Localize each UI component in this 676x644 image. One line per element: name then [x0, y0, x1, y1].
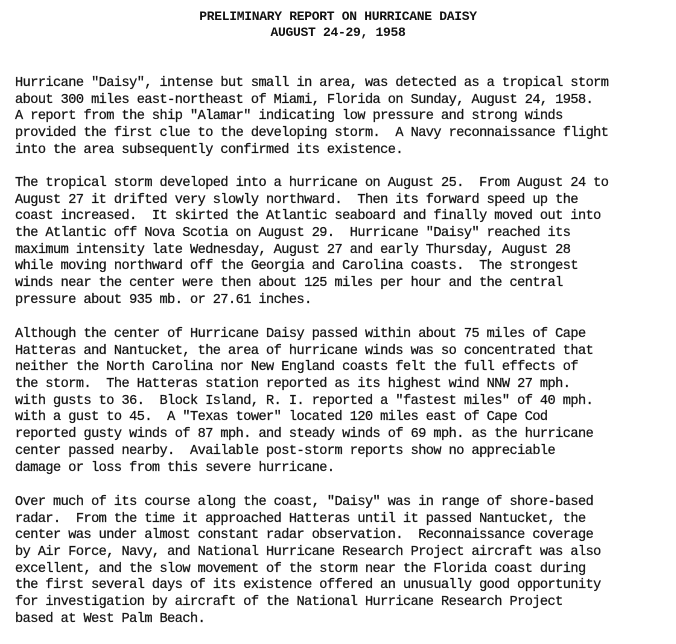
- text-line: coast increased. It skirted the Atlantic…: [15, 209, 675, 226]
- text-line: maximum intensity late Wednesday, August…: [15, 243, 675, 260]
- text-line: by Air Force, Navy, and National Hurrica…: [15, 545, 675, 562]
- document-date-range: AUGUST 24-29, 1958: [0, 25, 676, 40]
- text-line: reported gusty winds of 87 mph. and stea…: [15, 427, 675, 444]
- text-line: radar. From the time it approached Hatte…: [15, 512, 675, 529]
- text-line: August 27 it drifted very slowly northwa…: [15, 193, 675, 210]
- paragraph-effects: Although the center of Hurricane Daisy p…: [15, 327, 675, 477]
- text-line: excellent, and the slow movement of the …: [15, 562, 675, 579]
- text-line: with gusts to 36. Block Island, R. I. re…: [15, 394, 675, 411]
- document-title: PRELIMINARY REPORT ON HURRICANE DAISY: [0, 9, 676, 24]
- text-line: about 300 miles east-northeast of Miami,…: [15, 93, 675, 110]
- text-line: Hatteras and Nantucket, the area of hurr…: [15, 344, 675, 361]
- text-line: A report from the ship "Alamar" indicati…: [15, 109, 675, 126]
- text-line: neither the North Carolina nor New Engla…: [15, 360, 675, 377]
- text-line: based at West Palm Beach.: [15, 612, 675, 629]
- text-line: Hurricane "Daisy", intense but small in …: [15, 76, 675, 93]
- paragraph-detection: Hurricane "Daisy", intense but small in …: [15, 76, 675, 159]
- paragraph-radar-reconnaissance: Over much of its course along the coast,…: [15, 495, 675, 629]
- text-line: Over much of its course along the coast,…: [15, 495, 675, 512]
- paragraph-development: The tropical storm developed into a hurr…: [15, 176, 675, 310]
- text-line: center was under almost constant radar o…: [15, 528, 675, 545]
- text-line: Although the center of Hurricane Daisy p…: [15, 327, 675, 344]
- text-line: the storm. The Hatteras station reported…: [15, 377, 675, 394]
- text-line: with a gust to 45. A "Texas tower" locat…: [15, 410, 675, 427]
- text-line: damage or loss from this severe hurrican…: [15, 461, 675, 478]
- text-line: the Atlantic off Nova Scotia on August 2…: [15, 226, 675, 243]
- text-line: the first several days of its existence …: [15, 578, 675, 595]
- text-line: center passed nearby. Available post-sto…: [15, 444, 675, 461]
- document-page: PRELIMINARY REPORT ON HURRICANE DAISY AU…: [0, 0, 676, 644]
- text-line: into the area subsequently confirmed its…: [15, 143, 675, 160]
- text-line: winds near the center were then about 12…: [15, 276, 675, 293]
- text-line: for investigation by aircraft of the Nat…: [15, 595, 675, 612]
- text-line: provided the first clue to the developin…: [15, 126, 675, 143]
- text-line: pressure about 935 mb. or 27.61 inches.: [15, 293, 675, 310]
- text-line: The tropical storm developed into a hurr…: [15, 176, 675, 193]
- text-line: while moving northward off the Georgia a…: [15, 259, 675, 276]
